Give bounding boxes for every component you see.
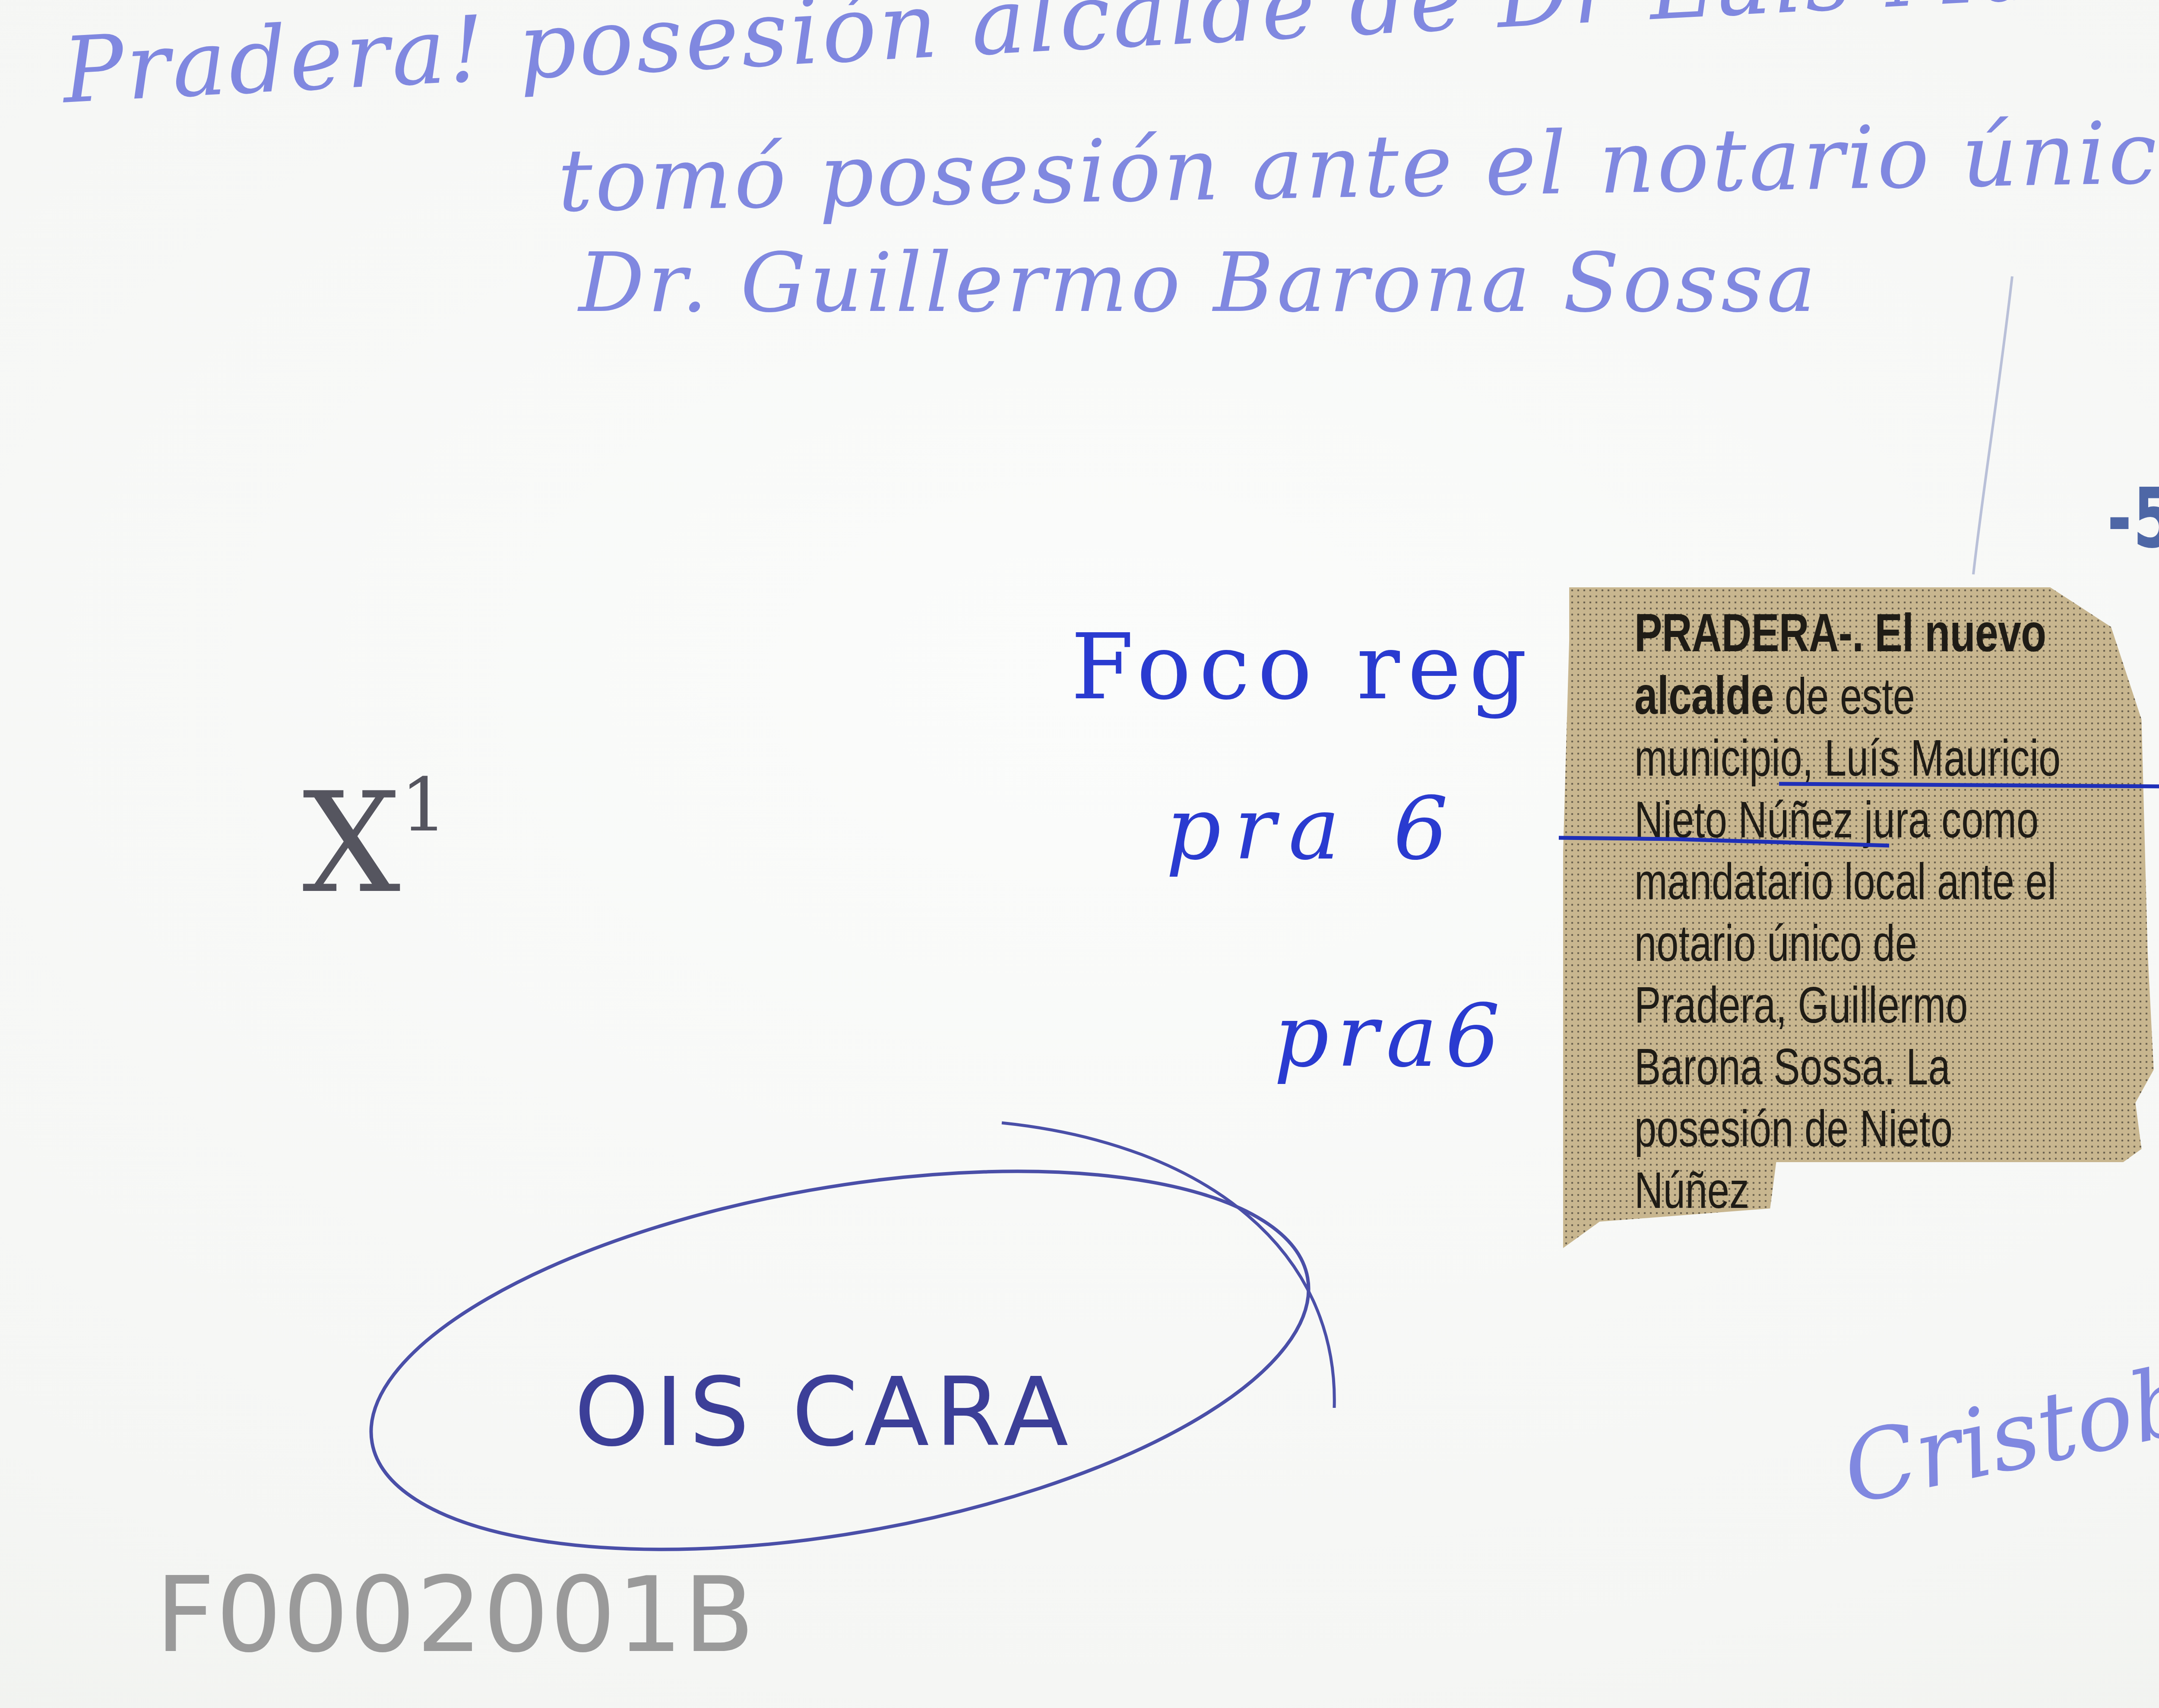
underline-stroke-1: [1779, 784, 2159, 787]
underline-stroke-2: [1559, 838, 1889, 846]
pen-strokes-overlay: [0, 0, 2159, 1708]
pencil-line: [1973, 276, 2012, 574]
circled-note: OIS CARA: [574, 1365, 1074, 1460]
archive-code: F0002001B: [155, 1563, 756, 1667]
